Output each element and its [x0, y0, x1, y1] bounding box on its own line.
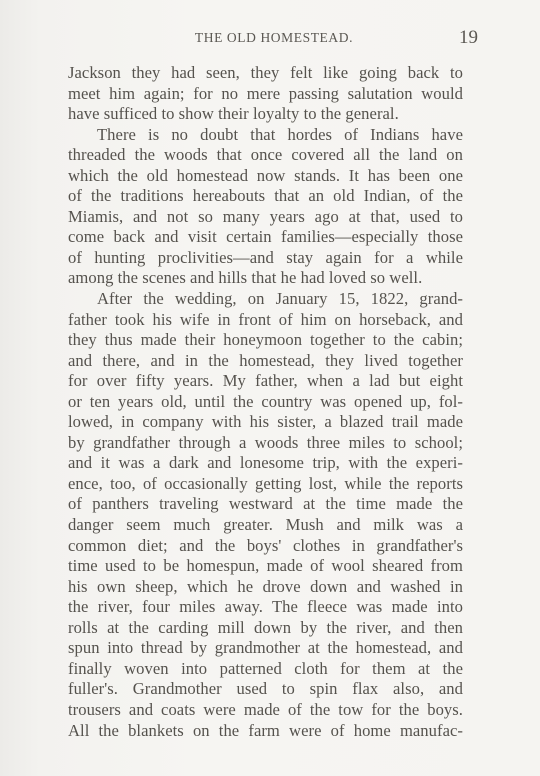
text-line: time used to be homespun, made of wool s…: [68, 556, 463, 577]
text-line: of panthers traveling westward at the ti…: [68, 494, 463, 515]
text-line: threaded the woods that once covered all…: [68, 145, 463, 166]
running-head: THE OLD HOMESTEAD. 19: [68, 28, 480, 48]
text-line: Miamis, and not so many years ago at tha…: [68, 207, 463, 228]
text-line: All the blankets on the farm were of hom…: [68, 721, 463, 742]
text-line: or ten years old, until the country was …: [68, 392, 463, 413]
text-line: his own sheep, which he drove down and w…: [68, 577, 463, 598]
text-line: and there, and in the homestead, they li…: [68, 351, 463, 372]
text-line: the river, four miles away. The fleece w…: [68, 597, 463, 618]
text-line: and it was a dark and lonesome trip, wit…: [68, 453, 463, 474]
text-line: they thus made their honeymoon together …: [68, 330, 463, 351]
text-line: for over fifty years. My father, when a …: [68, 371, 463, 392]
text-line: lowed, in company with his sister, a bla…: [68, 412, 463, 433]
text-line: common diet; and the boys' clothes in gr…: [68, 536, 463, 557]
text-line: meet him again; for no mere passing salu…: [68, 84, 463, 105]
body-text: Jackson they had seen, they felt like go…: [68, 63, 463, 741]
text-line: After the wedding, on January 15, 1822, …: [68, 289, 463, 310]
text-line: have sufficed to show their loyalty to t…: [68, 104, 463, 125]
book-page: THE OLD HOMESTEAD. 19 Jackson they had s…: [0, 0, 540, 776]
text-line: finally woven into patterned cloth for t…: [68, 659, 463, 680]
text-line: ence, too, of occasionally getting lost,…: [68, 474, 463, 495]
text-line: father took his wife in front of him on …: [68, 310, 463, 331]
text-line: by grandfather through a woods three mil…: [68, 433, 463, 454]
text-line: fuller's. Grandmother used to spin flax …: [68, 679, 463, 700]
text-line: trousers and coats were made of the tow …: [68, 700, 463, 721]
text-line: among the scenes and hills that he had l…: [68, 268, 463, 289]
page-number: 19: [459, 27, 478, 49]
text-line: danger seem much greater. Mush and milk …: [68, 515, 463, 536]
text-line: There is no doubt that hordes of Indians…: [68, 125, 463, 146]
text-line: which the old homestead now stands. It h…: [68, 166, 463, 187]
running-title: THE OLD HOMESTEAD.: [68, 30, 480, 46]
text-line: Jackson they had seen, they felt like go…: [68, 63, 463, 84]
text-line: of hunting proclivities—and stay again f…: [68, 248, 463, 269]
text-line: come back and visit certain families—esp…: [68, 227, 463, 248]
text-line: rolls at the carding mill down by the ri…: [68, 618, 463, 639]
text-line: spun into thread by grandmother at the h…: [68, 638, 463, 659]
text-line: of the traditions hereabouts that an old…: [68, 186, 463, 207]
